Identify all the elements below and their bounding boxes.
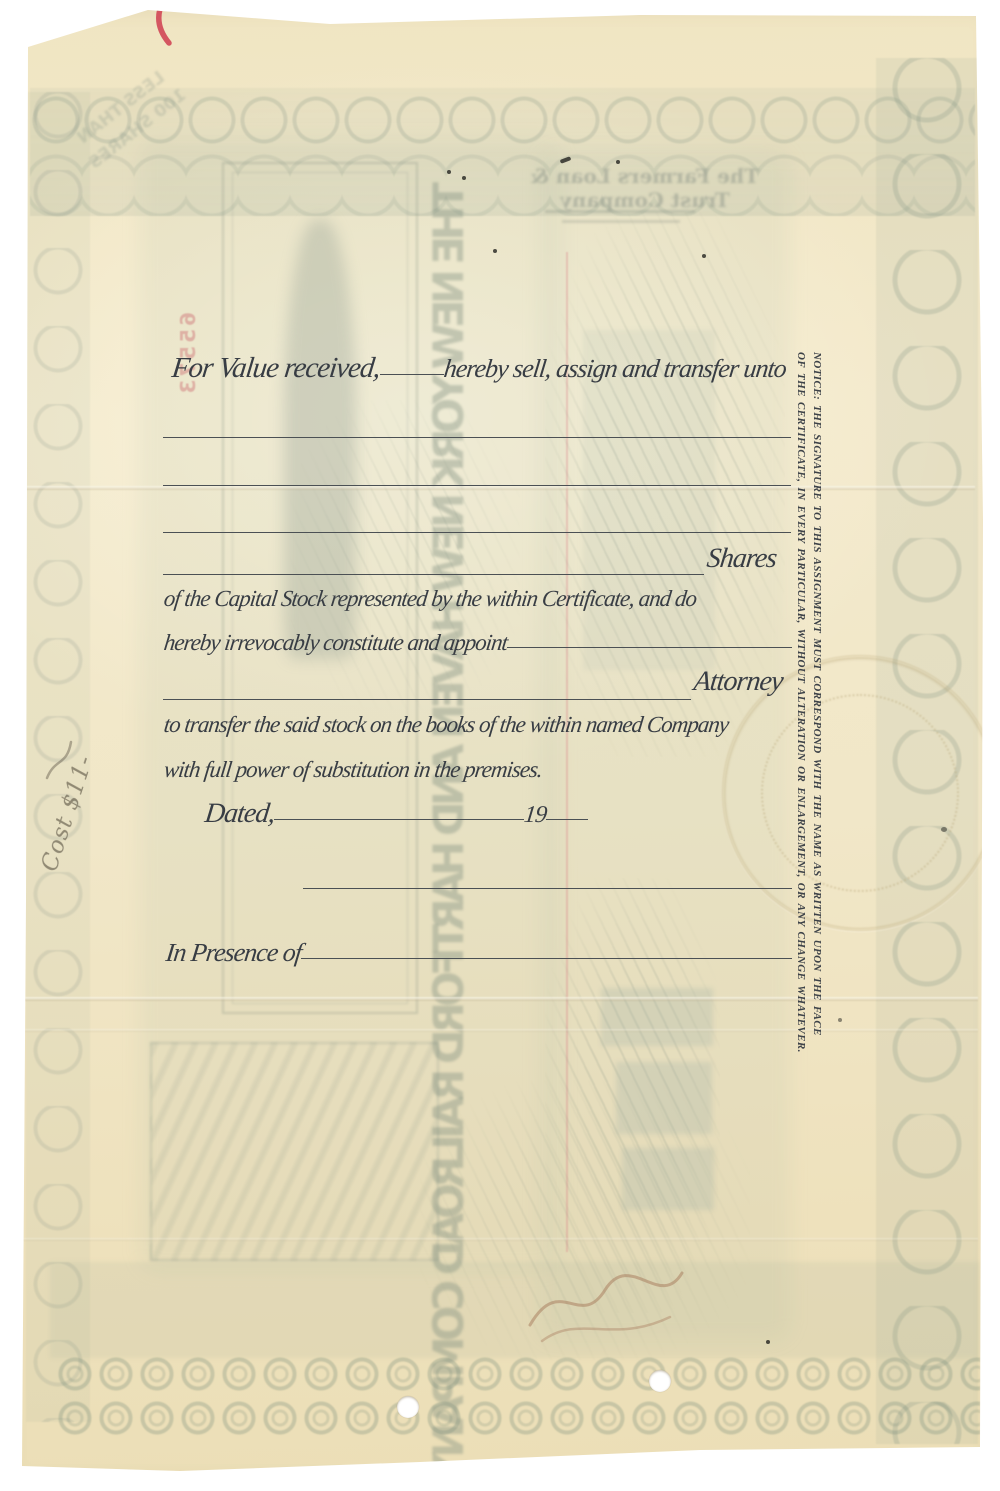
- blank-transferee-line: [163, 485, 791, 486]
- punch-hole-right: [649, 1370, 671, 1392]
- year-prefix: 19: [523, 802, 548, 829]
- witness-line: In Presence of: [166, 938, 792, 968]
- value-received-line: For Value received, hereby sell, assign …: [172, 352, 792, 385]
- photo-backdrop: THE NEW YORK NEW HAVEN AND HARTFORD RAIL…: [0, 0, 1000, 1491]
- fold-crease: [20, 1029, 978, 1032]
- capital-stock-line: of the Capital Stock represented by the …: [164, 586, 696, 612]
- blank-transferee-line: [163, 532, 791, 533]
- certificate-back-paper: THE NEW YORK NEW HAVEN AND HARTFORD RAIL…: [0, 0, 1000, 1491]
- blank-appointee-line: [507, 645, 792, 648]
- ghost-brown-signature: [520, 1255, 690, 1350]
- ghost-lower-vignette: [150, 1042, 439, 1261]
- ghost-numeral-panel: [622, 1148, 714, 1210]
- ghost-dollar-medallion-rows: [55, 1352, 980, 1444]
- notice-line-2: OF THE CERTIFICATE, IN EVERY PARTICULAR,…: [793, 352, 809, 1024]
- fold-crease: [20, 1238, 978, 1241]
- ink-speckle: [462, 176, 466, 180]
- attorney-label: Attorney: [692, 666, 784, 698]
- pencil-scribble: [40, 736, 76, 784]
- notice-line-1: NOTICE: THE SIGNATURE TO THIS ASSIGNMENT…: [809, 352, 825, 1024]
- dated-label: Dated,: [203, 798, 276, 830]
- punch-hole-left: [397, 1396, 419, 1418]
- shares-label-wrap: Shares: [707, 543, 776, 575]
- blank-date-line: [274, 817, 524, 820]
- ink-speckle: [766, 1340, 770, 1344]
- blank-transferee-line: [163, 437, 791, 438]
- constitute-appoint-text: hereby irrevocably constitute and appoin…: [162, 630, 508, 656]
- red-pen-mark: [150, 6, 180, 46]
- blank-witness-line: [301, 956, 792, 959]
- fold-crease: [20, 997, 978, 1001]
- ghost-handwriting-texture: [290, 400, 520, 710]
- transfer-books-line: to transfer the said stock on the books …: [164, 712, 728, 738]
- ghost-transfer-agent-stamp-mirrored: The Farmers Loan & Trust Company: [500, 164, 790, 206]
- ghost-numeral-panel: [616, 1062, 712, 1134]
- fold-crease: [25, 486, 975, 490]
- sell-assign-text: hereby sell, assign and transfer unto: [442, 354, 788, 384]
- ink-speckle: [616, 160, 620, 164]
- witness-label: In Presence of: [164, 938, 303, 968]
- ink-speckle: [838, 1018, 842, 1022]
- signature-notice-block: NOTICE: THE SIGNATURE TO THIS ASSIGNMENT…: [783, 352, 825, 1024]
- substitution-line: with full power of substitution in the p…: [164, 757, 542, 783]
- substitution-text: with full power of substitution in the p…: [162, 757, 543, 783]
- blank-shares-line: [163, 574, 704, 575]
- value-received-text: For Value received,: [170, 352, 382, 385]
- shares-label: Shares: [705, 543, 778, 575]
- ink-speckle: [493, 249, 497, 253]
- attorney-label-wrap: Attorney: [694, 666, 782, 698]
- ink-speckle: [447, 170, 451, 174]
- blank-year-line: [546, 817, 588, 820]
- signature-line: [303, 888, 792, 889]
- blank-attorney-line: [163, 699, 691, 700]
- ink-speckle: [941, 827, 947, 832]
- ink-speckle: [702, 254, 706, 258]
- constitute-appoint-line: hereby irrevocably constitute and appoin…: [164, 630, 792, 656]
- blank-name-gap-line: [380, 372, 444, 375]
- transfer-books-text: to transfer the said stock on the books …: [162, 712, 729, 738]
- capital-stock-text: of the Capital Stock represented by the …: [162, 586, 697, 612]
- dated-line: Dated, 19: [205, 798, 657, 830]
